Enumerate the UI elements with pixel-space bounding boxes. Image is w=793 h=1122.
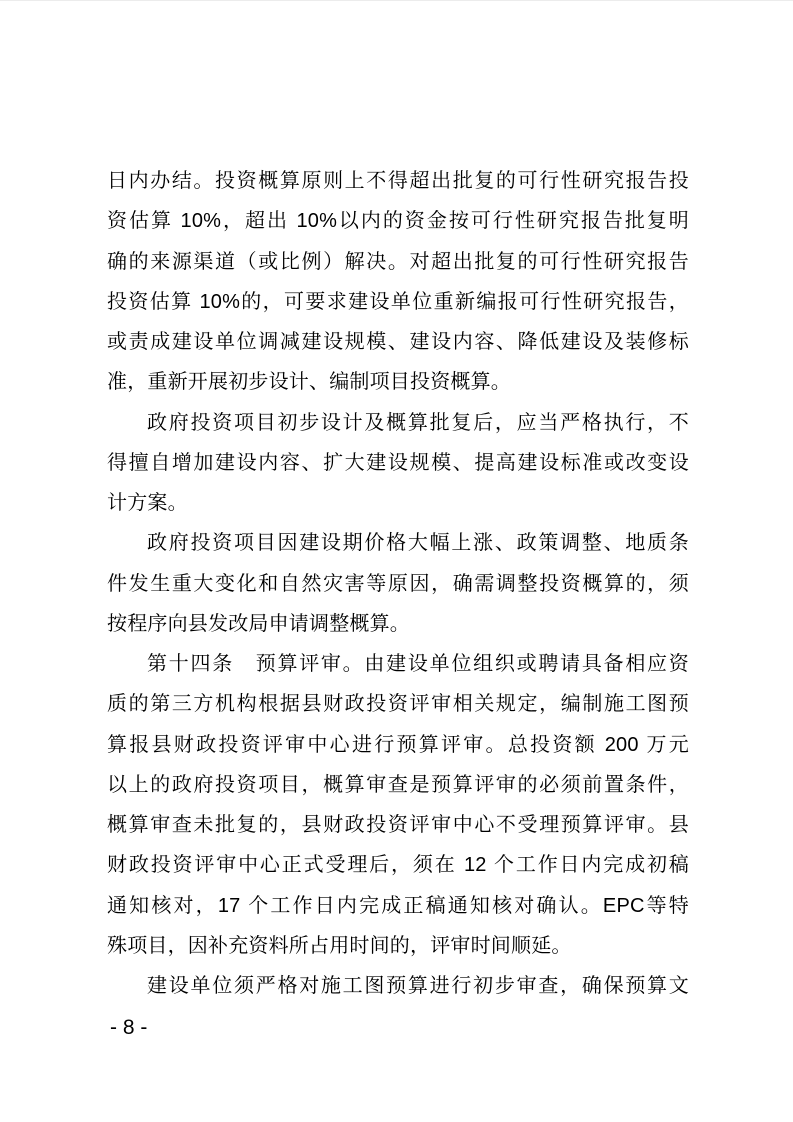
text-line: 政府投资项目初步设计及概算批复后，应当严格执行，不 <box>107 403 689 443</box>
text-line: 政府投资项目因建设期价格大幅上涨、政策调整、地质条 <box>107 523 689 563</box>
text-line: 得擅自增加建设内容、扩大建设规模、提高建设标准或改变设 <box>107 443 689 483</box>
text-line: 建设单位须严格对施工图预算进行初步审查，确保预算文 <box>107 966 689 1006</box>
text-line: 计方案。 <box>107 483 689 523</box>
text-line: 件发生重大变化和自然灾害等原因，确需调整投资概算的，须 <box>107 564 689 604</box>
page-number: - 8 - <box>110 1012 147 1044</box>
text-line: 投资估算 10%的，可要求建设单位重新编报可行性研究报告， <box>107 282 689 322</box>
text-line: 质的第三方机构根据县财政投资评审相关规定，编制施工图预 <box>107 684 689 724</box>
text-block: 日内办结。投资概算原则上不得超出批复的可行性研究报告投 资估算 10%，超出 1… <box>107 161 689 1006</box>
text-line: 概算审查未批复的，县财政投资评审中心不受理预算评审。县 <box>107 805 689 845</box>
text-line: 或责成建设单位调减建设规模、建设内容、降低建设及装修标 <box>107 322 689 362</box>
text-line: 按程序向县发改局申请调整概算。 <box>107 604 689 644</box>
text-line: 通知核对，17 个工作日内完成正稿通知核对确认。EPC等特 <box>107 886 689 926</box>
text-line: 日内办结。投资概算原则上不得超出批复的可行性研究报告投 <box>107 161 689 201</box>
text-line: 财政投资评审中心正式受理后，须在 12 个工作日内完成初稿 <box>107 845 689 885</box>
text-line: 算报县财政投资评审中心进行预算评审。总投资额 200 万元 <box>107 725 689 765</box>
text-line: 确的来源渠道（或比例）解决。对超出批复的可行性研究报告 <box>107 242 689 282</box>
text-line: 资估算 10%，超出 10%以内的资金按可行性研究报告批复明 <box>107 201 689 241</box>
document-page: 日内办结。投资概算原则上不得超出批复的可行性研究报告投 资估算 10%，超出 1… <box>0 0 793 1122</box>
text-line: 准，重新开展初步设计、编制项目投资概算。 <box>107 362 689 402</box>
text-line: 殊项目，因补充资料所占用时间的，评审时间顺延。 <box>107 926 689 966</box>
text-line: 以上的政府投资项目，概算审查是预算评审的必须前置条件， <box>107 765 689 805</box>
text-line: 第十四条 预算评审。由建设单位组织或聘请具备相应资 <box>107 644 689 684</box>
